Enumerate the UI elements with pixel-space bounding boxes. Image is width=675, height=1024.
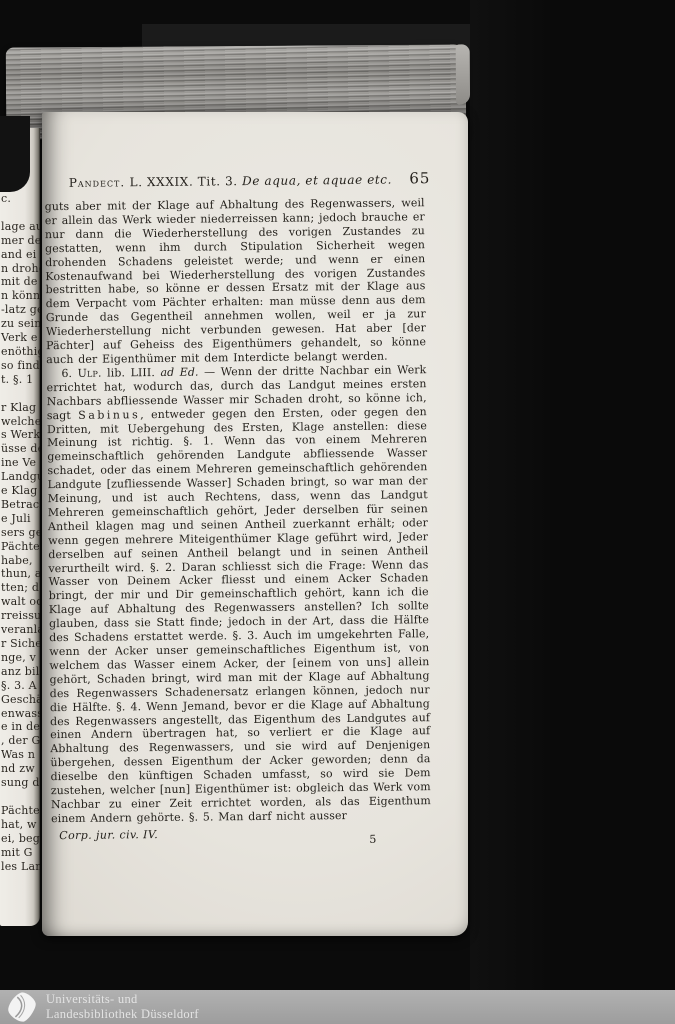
fragment-line: üsse de xyxy=(1,442,40,456)
running-head-citation: L. XXXIX. Tit. 3. xyxy=(125,174,242,189)
fragment-line: veranlas xyxy=(1,623,40,637)
library-watermark-bar: Universitäts- und Landesbibliothek Düsse… xyxy=(0,990,675,1024)
library-name-line2: Landesbibliothek Düsseldorf xyxy=(46,1007,199,1022)
fragment-line xyxy=(1,790,40,804)
text-segment: Sabinus xyxy=(78,408,140,422)
page-curl-shadow xyxy=(0,116,30,192)
fragment-line: enöthig xyxy=(1,345,40,359)
fragment-line: tten; d xyxy=(1,581,40,595)
photo-backdrop xyxy=(470,0,675,1024)
text-segment: lib. LIII. xyxy=(101,366,160,380)
book-page: Pandect. L. XXXIX. Tit. 3. De aqua, et a… xyxy=(42,112,468,936)
sheet-number: 5 xyxy=(369,833,376,846)
fragment-line: so find xyxy=(1,359,40,373)
fragment-line: mer de xyxy=(1,234,40,248)
fragment-line: thun, a xyxy=(1,567,40,581)
fragment-line: t. §. 1 xyxy=(1,373,40,387)
fragment-line: n drohe xyxy=(1,262,40,276)
fragment-line: ei, beg xyxy=(1,832,40,846)
fragment-line: habe, xyxy=(1,554,40,568)
volume-signature: Corp. jur. civ. IV. xyxy=(59,828,158,842)
fragment-line: nd zw xyxy=(1,762,40,776)
fragment-line: lage au xyxy=(1,220,40,234)
fragment-line: enwass xyxy=(1,707,40,721)
fragment-line: -latz ge xyxy=(1,303,40,317)
fragment-line: mit de xyxy=(1,275,40,289)
fragment-line: e Klag xyxy=(1,484,40,498)
fragment-line: Was n xyxy=(1,748,40,762)
fragment-line: r Klag xyxy=(1,401,40,415)
text-segment: guts aber mit der Klage auf Abhaltung de… xyxy=(45,196,427,366)
ulb-duesseldorf-logo-icon xyxy=(6,991,38,1023)
page-number: 65 xyxy=(409,169,430,187)
fragment-line: sung d xyxy=(1,776,40,790)
fragment-line: n könne xyxy=(1,289,40,303)
fragment-line: e in de xyxy=(1,720,40,734)
fragment-line xyxy=(1,387,40,401)
fragment-line: s Werk xyxy=(1,428,40,442)
fragment-line: Landgu xyxy=(1,470,40,484)
running-head-series: Pandect. xyxy=(69,175,126,190)
text-segment: 6. xyxy=(61,367,77,380)
fragment-line: anz bill xyxy=(1,665,40,679)
page-body-text: guts aber mit der Klage auf Abhaltung de… xyxy=(45,196,432,826)
fragment-line: mit G xyxy=(1,846,40,860)
fragment-line: nge, v xyxy=(1,651,40,665)
paragraph: guts aber mit der Klage auf Abhaltung de… xyxy=(45,196,427,367)
text-segment: ad Ed. xyxy=(160,365,198,378)
running-head-title: De aqua, et aquae etc. xyxy=(242,173,392,189)
library-name: Universitäts- und Landesbibliothek Düsse… xyxy=(46,992,199,1022)
text-segment: , entweder gegen den Ersten, oder gegen … xyxy=(47,405,431,825)
library-name-line1: Universitäts- und xyxy=(46,992,199,1007)
fragment-line: zu sein xyxy=(1,317,40,331)
fragment-line: hat, w xyxy=(1,818,40,832)
fragment-line: e Juli xyxy=(1,512,40,526)
fragment-line: Pächte xyxy=(1,804,40,818)
fragment-line: c. xyxy=(1,192,40,206)
fragment-line: Pächte xyxy=(1,540,40,554)
fragment-line: les Lan xyxy=(1,860,40,874)
fragment-line: welche xyxy=(1,415,40,429)
adjacent-page-text-fragments: c. lage aumer deand ein drohemit den kön… xyxy=(1,192,40,873)
fragment-line: Betrach xyxy=(1,498,40,512)
paragraph: 6. Ulp. lib. LIII. ad Ed. — Wenn der dri… xyxy=(46,363,431,826)
fragment-line: rreissun xyxy=(1,609,40,623)
running-head: Pandect. L. XXXIX. Tit. 3. De aqua, et a… xyxy=(44,172,424,190)
page-content: Pandect. L. XXXIX. Tit. 3. De aqua, et a… xyxy=(38,110,473,938)
page-footer: Corp. jur. civ. IV. 5 xyxy=(51,825,431,859)
fragment-line: Geschäf xyxy=(1,693,40,707)
text-segment: Ulp. xyxy=(78,366,102,379)
adjacent-page-strip: c. lage aumer deand ein drohemit den kön… xyxy=(0,128,40,926)
fragment-line: ine Ve xyxy=(1,456,40,470)
fragment-line: r Siche xyxy=(1,637,40,651)
fragment-line: §. 3. A xyxy=(1,679,40,693)
fragment-line: sers geh xyxy=(1,526,40,540)
fragment-line: , der G xyxy=(1,734,40,748)
fragment-line xyxy=(1,206,40,220)
fragment-line: walt od xyxy=(1,595,40,609)
fragment-line: and ei xyxy=(1,248,40,262)
fragment-line: Verk e xyxy=(1,331,40,345)
